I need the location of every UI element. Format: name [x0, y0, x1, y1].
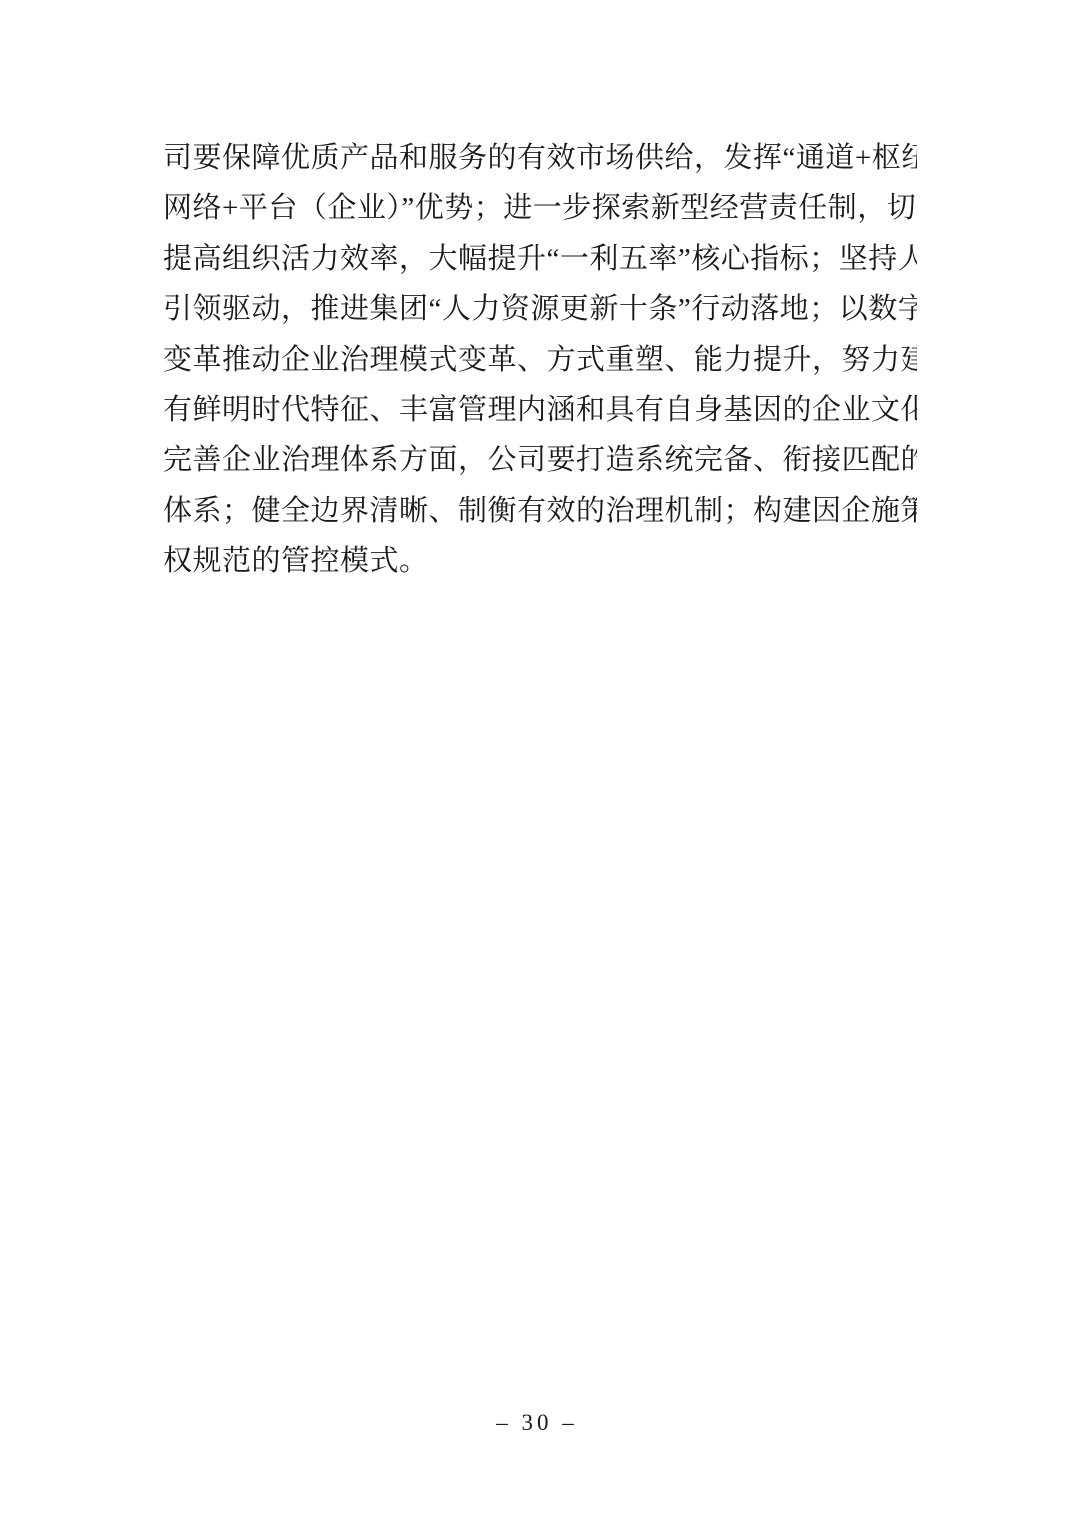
paragraph-line: 有鲜明时代特征、丰富管理内涵和具有自身基因的企业文化。在: [163, 385, 917, 435]
paragraph-line: 司要保障优质产品和服务的有效市场供给，发挥“通道+枢纽+: [163, 133, 917, 183]
paragraph-line: 权规范的管控模式。: [163, 536, 917, 586]
page-number: – 30 –: [496, 1410, 578, 1435]
paragraph-line: 提高组织活力效率，大幅提升“一利五率”核心指标；坚持人才: [163, 234, 917, 284]
document-page: 司要保障优质产品和服务的有效市场供给，发挥“通道+枢纽+ 网络+平台（企业）”优…: [0, 0, 1074, 1520]
paragraph-line: 完善企业治理体系方面，公司要打造系统完备、衔接匹配的制度: [163, 435, 917, 485]
paragraph-line: 网络+平台（企业）”优势；进一步探索新型经营责任制，切实: [163, 183, 917, 233]
paragraph-block: 司要保障优质产品和服务的有效市场供给，发挥“通道+枢纽+ 网络+平台（企业）”优…: [163, 133, 917, 587]
paragraph-line: 变革推动企业治理模式变革、方式重塑、能力提升，努力建设具: [163, 335, 917, 385]
page-footer: – 30 –: [0, 1408, 1074, 1438]
paragraph-line: 体系；健全边界清晰、制衡有效的治理机制；构建因企施策、授: [163, 486, 917, 536]
paragraph-line: 引领驱动，推进集团“人力资源更新十条”行动落地；以数字化: [163, 284, 917, 334]
